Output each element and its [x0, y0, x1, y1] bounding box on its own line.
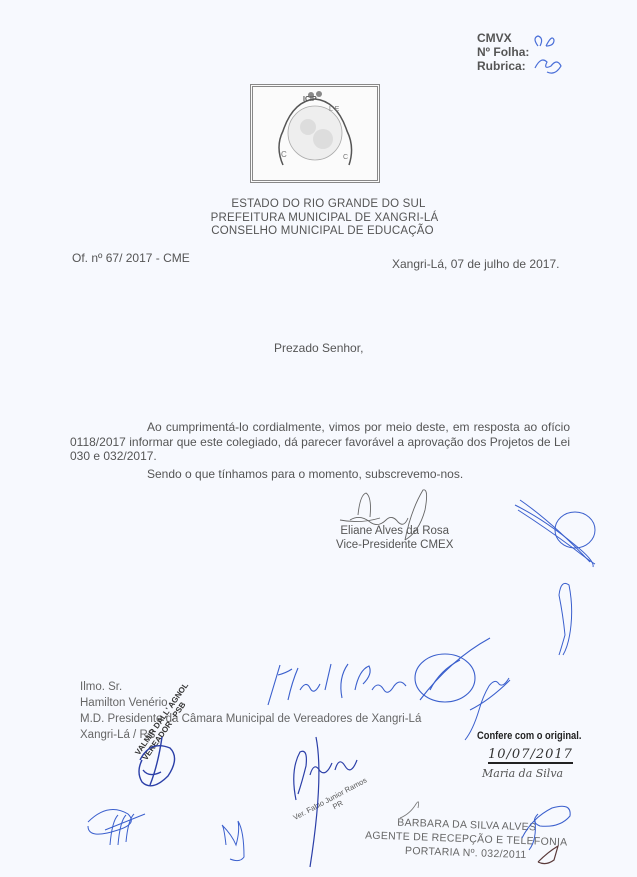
letterhead: ESTADO DO RIO GRANDE DO SUL PREFEITURA M… — [0, 198, 637, 239]
folha-stamp: CMVX Nº Folha: Rubrica: — [477, 31, 529, 73]
certification-date: 10/07/2017 — [488, 747, 573, 764]
bottom-left-signature-icon — [88, 810, 145, 846]
signer-title: Vice-Presidente CMEX — [336, 538, 453, 552]
certification-label: Confere com o original. — [477, 730, 581, 742]
header-prefeitura: PREFEITURA MUNICIPAL DE XANGRI-LÁ — [0, 212, 637, 226]
greeting: Prezado Senhor, — [274, 341, 363, 355]
municipal-crest-icon: C C ICIP L E — [250, 84, 380, 183]
stamp-org: CMVX — [477, 31, 529, 45]
paragraph-1: Ao cumprimentá-lo cordialmente, vimos po… — [70, 420, 570, 464]
folha-label: Nº Folha: — [477, 45, 529, 59]
letter-body: Ao cumprimentá-lo cordialmente, vimos po… — [70, 420, 570, 481]
svg-text:C: C — [281, 150, 287, 159]
letter-reference: Of. nº 67/ 2017 - CME — [72, 251, 190, 265]
signer-name: Eliane Alves da Rosa — [336, 524, 453, 538]
n-signature-icon — [222, 821, 244, 861]
svg-text:L E: L E — [329, 106, 340, 113]
svg-text:ICIP: ICIP — [303, 96, 317, 103]
addressee-title: M.D. Presidente da Câmara Municipal de V… — [80, 711, 421, 727]
fabio-stamp: Ver. Fabio Junior Ramos PR — [292, 776, 373, 830]
folha-number-handwriting-icon — [535, 36, 561, 73]
certification-signature: Maria da Silva — [482, 767, 563, 780]
rubrica-label: Rubrica: — [477, 59, 526, 73]
addressee-salutation: Ilmo. Sr. — [80, 679, 421, 695]
council-member-signature-icon — [515, 500, 595, 567]
signer-block: Eliane Alves da Rosa Vice-Presidente CME… — [336, 524, 453, 552]
header-state: ESTADO DO RIO GRANDE DO SUL — [0, 198, 637, 212]
stamp-rubrica: Rubrica: — [477, 59, 529, 73]
stamp-folha: Nº Folha: — [477, 45, 529, 59]
svg-text:C: C — [343, 154, 348, 161]
addressee-block: Ilmo. Sr. Hamilton Venério M.D. Presiden… — [80, 679, 421, 743]
barbara-stamp: BARBARA DA SILVA ALVES AGENTE DE RECEPÇÃ… — [364, 814, 568, 863]
place-date: Xangri-Lá, 07 de julho de 2017. — [392, 257, 559, 271]
addressee-city: Xangri-Lá / RS — [80, 727, 421, 743]
vertical-signature-icon — [559, 583, 572, 655]
addressee-name: Hamilton Venério — [80, 695, 421, 711]
paragraph-2: Sendo o que tínhamos para o momento, sub… — [70, 467, 570, 482]
header-council: CONSELHO MUNICIPAL DE EDUCAÇÃO — [0, 225, 637, 239]
